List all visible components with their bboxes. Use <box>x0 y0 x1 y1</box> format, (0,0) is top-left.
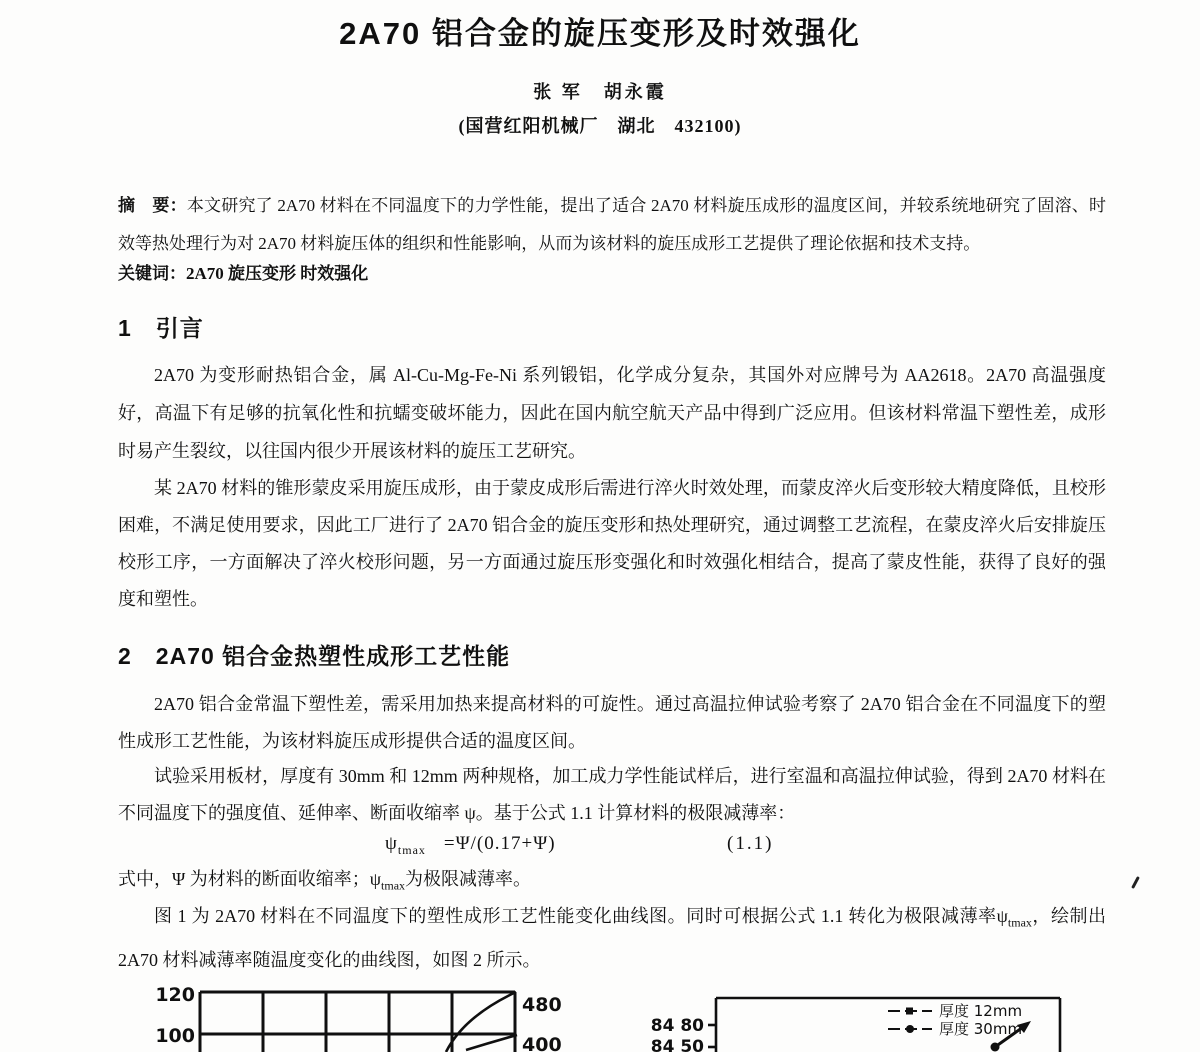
figure1-right-tick-480: 480 <box>522 994 562 1016</box>
figure2-left-tick-8450: 84 50 <box>651 1037 704 1052</box>
keywords: 关键词：2A70 旋压变形 时效强化 <box>118 263 1106 285</box>
figure1-curve-steep <box>446 992 516 1052</box>
series-point-marker <box>991 1043 1000 1052</box>
abstract: 摘 要：本文研究了 2A70 材料在不同温度下的力学性能，提出了适合 2A70 … <box>118 187 1106 263</box>
legend-item-12mm: 厚度 12mm <box>888 1002 1022 1020</box>
keywords-label: 关键词： <box>118 264 186 283</box>
paper-title: 2A70 铝合金的旋压变形及时效强化 <box>0 8 1200 53</box>
figure1-left-tick-120: 120 <box>155 984 195 1006</box>
equation-note: 式中，Ψ 为材料的断面收缩率；ψtmax为极限减薄率。 <box>118 864 1106 901</box>
legend-label-12mm: 厚度 12mm <box>939 1002 1022 1020</box>
figure1-right-tick-400: 400 <box>522 1034 562 1052</box>
figure2-left-tick-8480: 84 80 <box>651 1016 704 1036</box>
section-2-paragraph-1: 2A70 铝合金常温下塑性差，需采用加热来提高材料的可旋性。通过高温拉伸试验考察… <box>118 686 1106 760</box>
legend-square-marker-icon <box>906 1008 913 1015</box>
scan-speckle-mark <box>1131 876 1140 889</box>
section-2-paragraph-3: 图 1 为 2A70 材料在不同温度下的塑性成形工艺性能变化曲线图。同时可根据公… <box>118 898 1106 979</box>
section-1-heading: 1 引言 <box>118 310 204 343</box>
figure1-chart: 120 100 480 400 <box>140 980 572 1052</box>
paper-page: 2A70 铝合金的旋压变形及时效强化 张 军 胡永霞 (国营红阳机械厂 湖北 4… <box>0 0 1200 1052</box>
section-1-paragraph-2: 某 2A70 材料的锥形蒙皮采用旋压成形，由于蒙皮成形后需进行淬火时效处理，而蒙… <box>118 470 1106 618</box>
section-2-heading: 2 2A70 铝合金热塑性成形工艺性能 <box>118 638 510 671</box>
equation-lhs-subscript: tmax <box>398 843 426 857</box>
authors: 张 军 胡永霞 <box>0 78 1200 104</box>
figure1-left-tick-100: 100 <box>155 1025 195 1047</box>
abstract-text: 本文研究了 2A70 材料在不同温度下的力学性能，提出了适合 2A70 材料旋压… <box>118 196 1106 253</box>
legend-item-30mm: 厚度 30mm <box>888 1020 1022 1038</box>
equation-lhs: ψ <box>385 833 398 854</box>
abstract-label: 摘 要： <box>118 196 187 215</box>
affiliation: (国营红阳机械厂 湖北 432100) <box>0 112 1200 138</box>
figure2-legend: 厚度 12mm 厚度 30mm <box>888 1002 1022 1038</box>
section-1-paragraph-1: 2A70 为变形耐热铝合金，属 Al-Cu-Mg-Fe-Ni 系列锻铝，化学成分… <box>118 356 1106 470</box>
figure1-curve-lower <box>466 1035 517 1050</box>
legend-circle-marker-icon <box>906 1025 914 1033</box>
figure2-chart: 84 80 84 50 厚度 12mm 厚度 30mm <box>650 986 1082 1052</box>
equation-number: (1.1) <box>727 833 773 855</box>
keywords-text: 2A70 旋压变形 时效强化 <box>186 264 368 283</box>
equation-rhs: =Ψ/(0.17+Ψ) <box>444 833 556 854</box>
section-2-paragraph-2: 试验采用板材，厚度有 30mm 和 12mm 两种规格，加工成力学性能试样后，进… <box>118 758 1106 832</box>
equation-1-1: ψtmax=Ψ/(0.17+Ψ) <box>385 833 556 858</box>
equation-1-1-row: ψtmax=Ψ/(0.17+Ψ) (1.1) <box>0 833 1200 863</box>
